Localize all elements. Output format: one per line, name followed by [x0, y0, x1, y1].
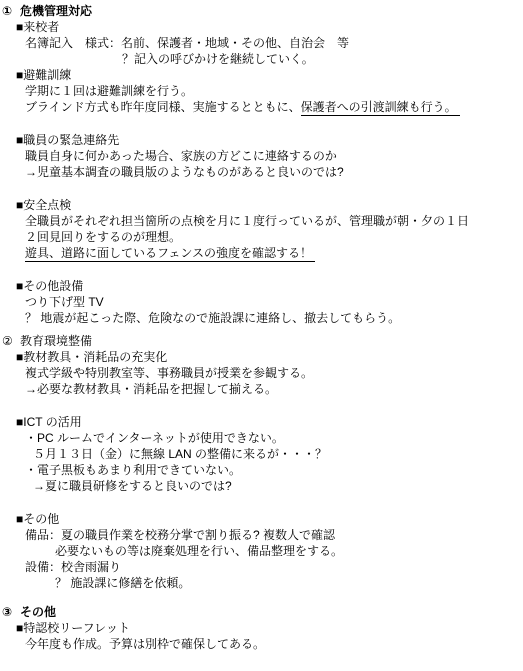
- section-title: その他: [20, 605, 56, 619]
- section-heading: ②教育環境整備: [0, 333, 523, 349]
- block-heading: ■教材教具・消耗品の充実化: [0, 349, 523, 365]
- text-line: 複式学級や特別教室等、事務職員が授業を参観する。: [0, 365, 523, 381]
- text-line: →夏に職員研修をすると良いのでは?: [0, 478, 523, 494]
- text-line: ？記入の呼びかけを継続していく。: [0, 51, 523, 67]
- text-line: 設備：校舎雨漏り: [0, 559, 523, 575]
- text-line: 備品：夏の職員作業を校務分掌で割り振る? 複数人で確認: [0, 527, 523, 543]
- text-line: ・PC ルームでインターネットが使用できない。: [0, 430, 523, 446]
- text-line: 必要ないもの等は廃棄処理を行い、備品整理をする。: [0, 543, 523, 559]
- text-line: ・電子黒板もあまり利用できていない。: [0, 462, 523, 478]
- text-line: 全職員がそれぞれ担当箇所の点検を月に１度行っているが、管理職が朝・夕の１日: [0, 213, 523, 229]
- text-line: ？ 地震が起こった際、危険なので施設課に連絡し、撤去してもらう。: [0, 310, 523, 326]
- block-heading: ■ICT の活用: [0, 414, 523, 430]
- section-title: 教育環境整備: [20, 334, 92, 348]
- text-line: ？ 施設課に修繕を依頼。: [0, 575, 523, 591]
- block-heading: ■避難訓練: [0, 67, 523, 83]
- block-heading: ■その他: [0, 511, 523, 527]
- block-heading: ■来校者: [0, 19, 523, 35]
- document-page: ①危機管理対応 ■来校者 名簿記入 様式：名前、保護者・地域・その他、自治会 等…: [0, 0, 523, 671]
- section-number: ②: [2, 333, 20, 349]
- underlined-text: 保護者への引渡訓練も行う。: [301, 100, 460, 116]
- section-heading: ③その他: [0, 604, 523, 620]
- text-line: →必要な教材教具・消耗品を把握して揃える。: [0, 381, 523, 397]
- text-line: 名簿記入 様式：名前、保護者・地域・その他、自治会 等: [0, 35, 523, 51]
- text-line: →児童基本調査の職員版のようなものがあると良いのでは?: [0, 164, 523, 180]
- section-title: 危機管理対応: [20, 4, 92, 18]
- text-line: 学期に１回は避難訓練を行う。: [0, 83, 523, 99]
- section-number: ①: [2, 3, 20, 19]
- section-heading: ①危機管理対応: [0, 3, 523, 19]
- block-heading: ■職員の緊急連絡先: [0, 132, 523, 148]
- text-line: つり下げ型 TV: [0, 294, 523, 310]
- text-line: ５月１３日（金）に無線 LAN の整備に来るが・・・？: [0, 446, 523, 462]
- underlined-text: 遊具、道路に面しているフェンスの強度を確認する！: [25, 246, 315, 262]
- section-number: ③: [2, 604, 20, 620]
- block-heading: ■その他設備: [0, 278, 523, 294]
- text-segment: ブラインド方式も昨年度同様、実施するとともに、: [25, 100, 301, 114]
- text-line: 職員自身に何かあった場合、家族の方どこに連絡するのか: [0, 148, 523, 164]
- block-heading: ■安全点検: [0, 197, 523, 213]
- text-line: 今年度も作成。予算は別枠で確保してある。: [0, 636, 523, 652]
- text-line: ブラインド方式も昨年度同様、実施するとともに、保護者への引渡訓練も行う。: [0, 99, 523, 115]
- text-line: 遊具、道路に面しているフェンスの強度を確認する！: [0, 245, 523, 261]
- text-line: ２回見回りをするのが理想。: [0, 229, 523, 245]
- block-heading: ■特認校リーフレット: [0, 620, 523, 636]
